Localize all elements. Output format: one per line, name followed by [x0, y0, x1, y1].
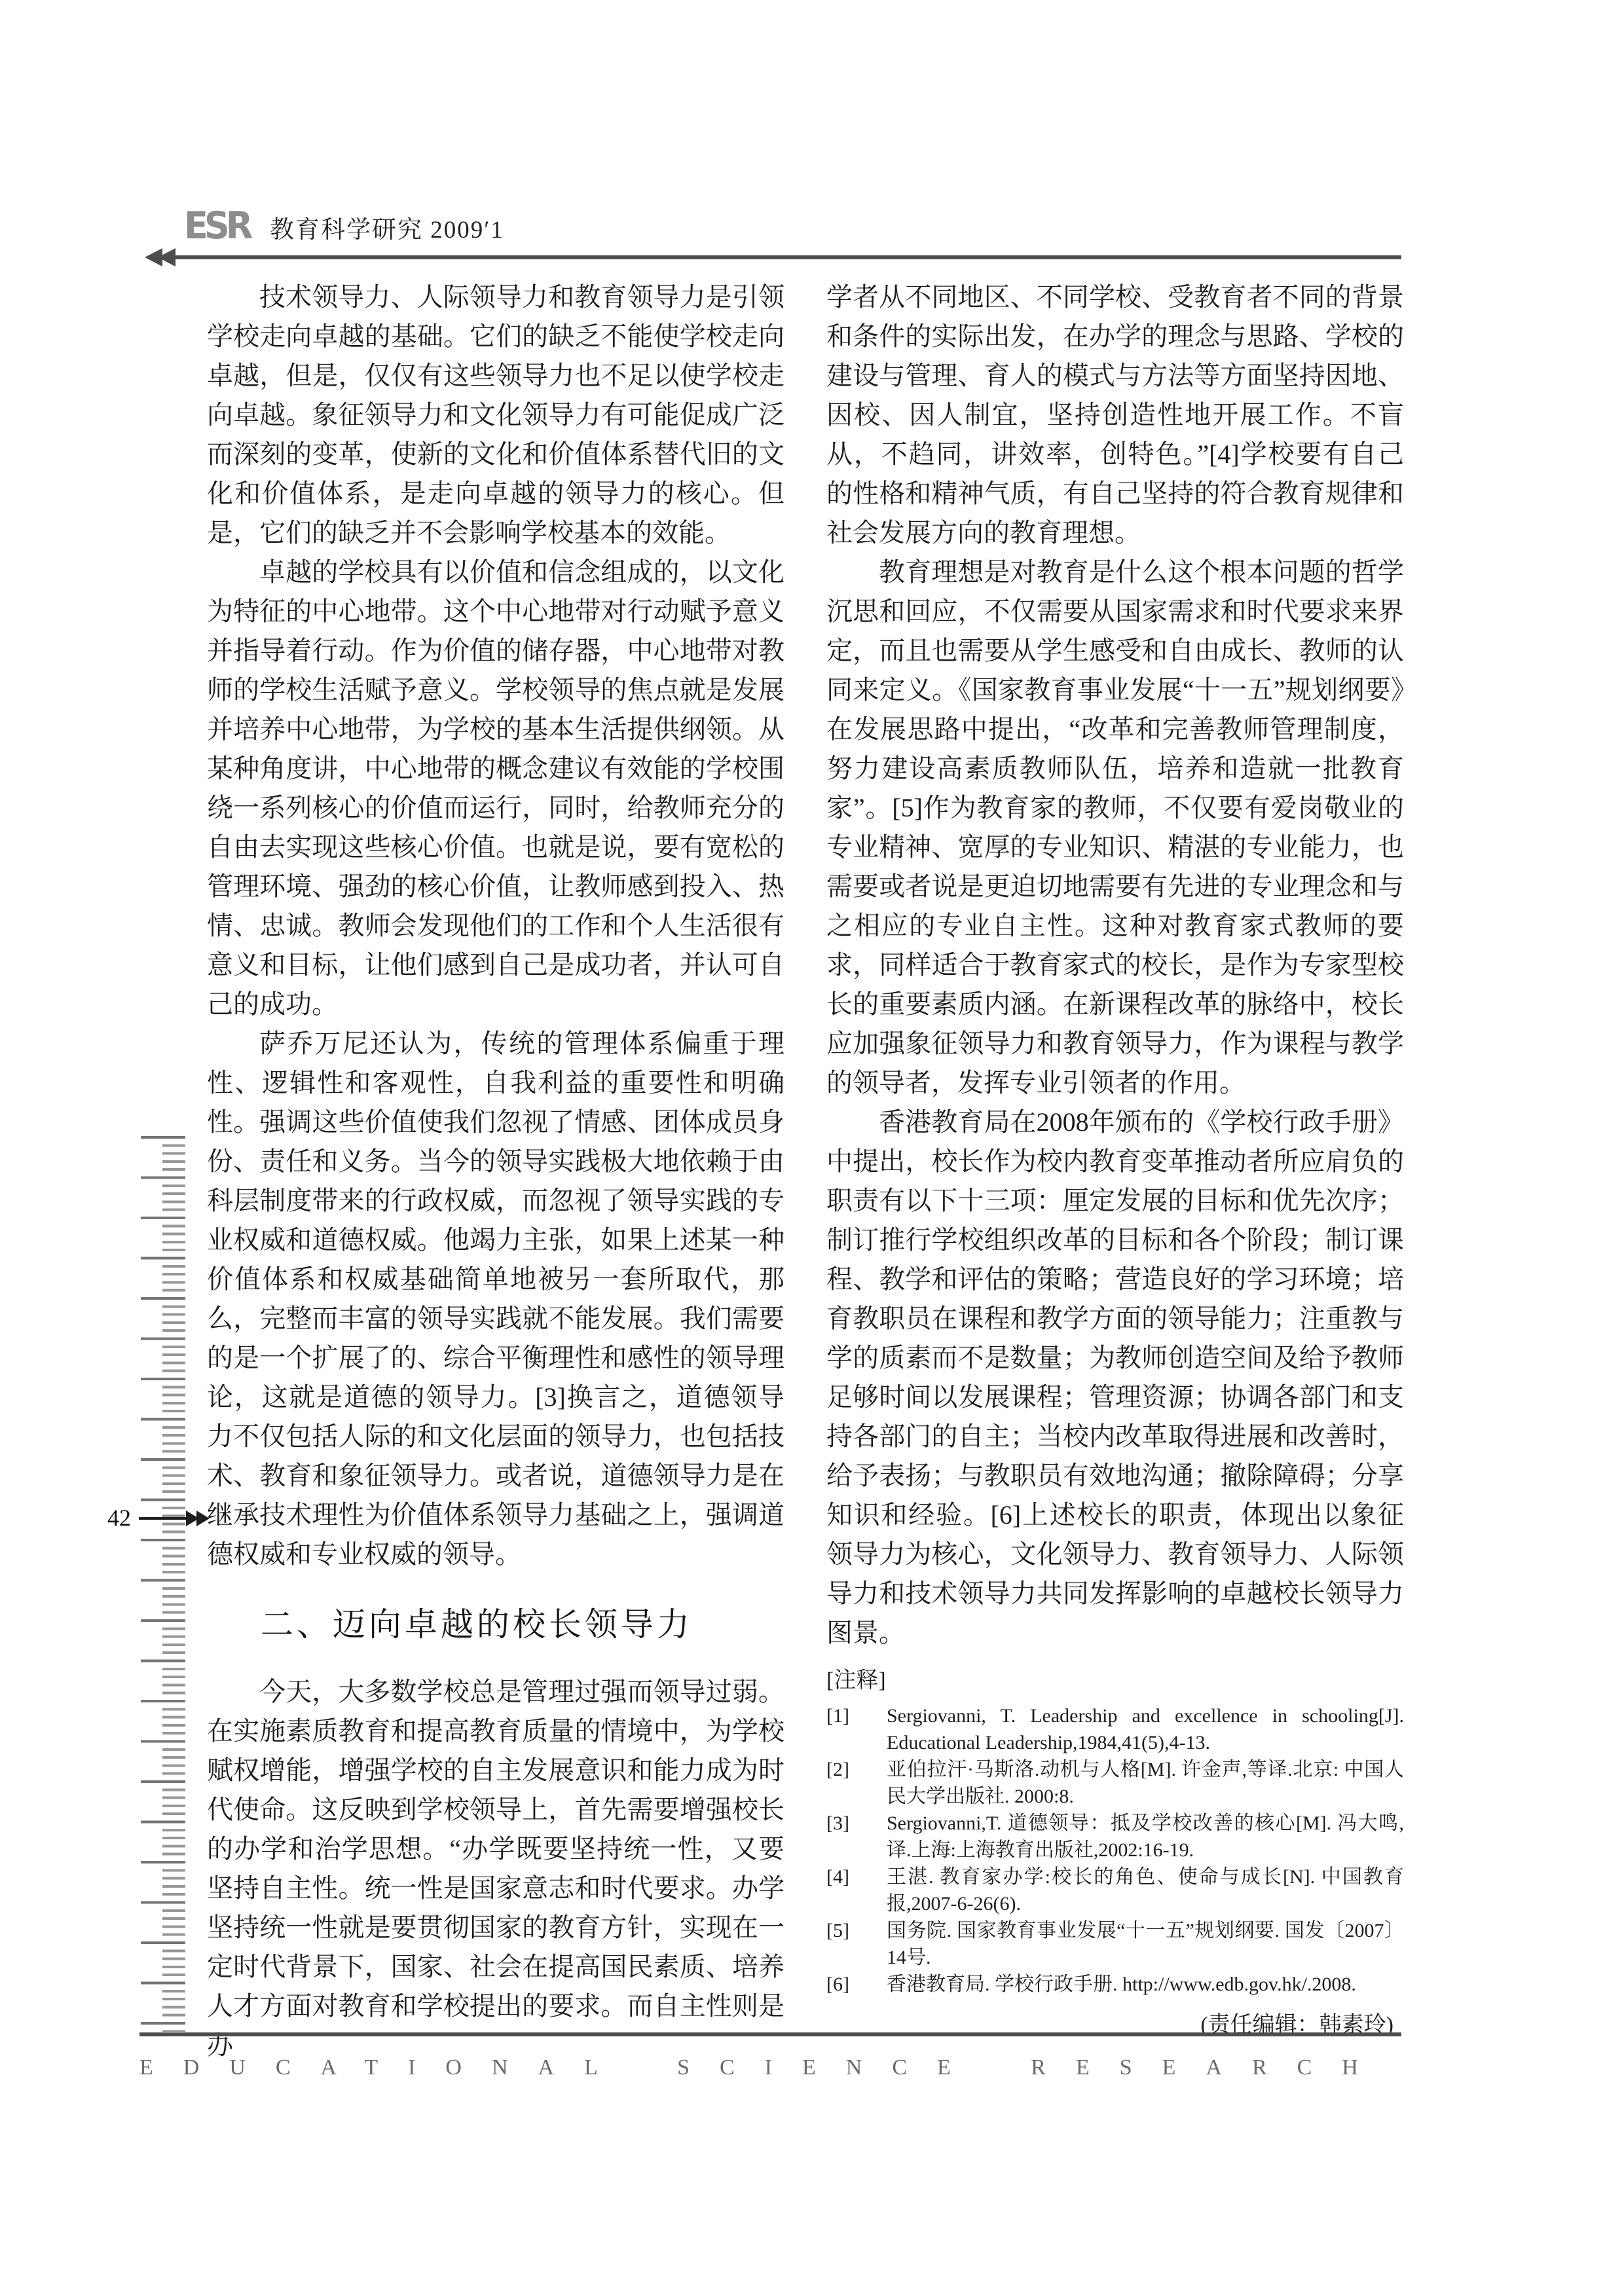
page-pointer-arrow-icon: [139, 1507, 211, 1530]
paragraph: 教育理想是对教育是什么这个根本问题的哲学沉思和回应，不仅需要从国家需求和时代要求…: [826, 553, 1404, 1103]
page-number: 42: [107, 1506, 131, 1530]
footer-rule: [139, 2032, 1401, 2036]
reference-number: [6]: [826, 1971, 849, 1998]
reference-item: [2] 亚伯拉汗·马斯洛.动机与人格[M]. 许金声,等译.北京: 中国人民大学…: [826, 1756, 1404, 1810]
reference-number: [5]: [826, 1917, 849, 1944]
margin-tick-ruler: [141, 1136, 185, 2032]
right-column: 学者从不同地区、不同学校、受教育者不同的背景和条件的实际出发，在办学的理念与思路…: [826, 278, 1404, 2041]
notes-label: [注释]: [826, 1666, 1404, 1696]
reference-text: 王湛. 教育家办学:校长的角色、使命与成长[N]. 中国教育报,2007-6-2…: [887, 1866, 1404, 1915]
reference-text: 香港教育局. 学校行政手册. http://www.edb.gov.hk/.20…: [887, 1974, 1356, 1995]
reference-number: [3]: [826, 1810, 849, 1837]
header-rule: [172, 255, 1401, 259]
reference-number: [1]: [826, 1702, 849, 1729]
reference-item: [3] Sergiovanni,T. 道德领导：抵及学校改善的核心[M]. 冯大…: [826, 1810, 1404, 1864]
reference-text: 亚伯拉汗·马斯洛.动机与人格[M]. 许金声,等译.北京: 中国人民大学出版社.…: [887, 1759, 1404, 1807]
reference-number: [4]: [826, 1864, 849, 1890]
reference-list: [1] Sergiovanni, T. Leadership and excel…: [826, 1702, 1404, 1998]
reference-text: Sergiovanni, T. Leadership and excellenc…: [887, 1705, 1404, 1753]
paragraph: 香港教育局在2008年颁布的《学校行政手册》中提出，校长作为校内教育变革推动者所…: [826, 1103, 1404, 1653]
left-column: 技术领导力、人际领导力和教育领导力是引领学校走向卓越的基础。它们的缺乏不能使学校…: [207, 278, 784, 2065]
section-heading: 二、迈向卓越的校长领导力: [207, 1603, 784, 1646]
journal-page: ESR 教育科学研究 2009′1 42 技术领导力、人际领导力和教育领导力是引…: [0, 0, 1624, 2295]
esr-logo: ESR: [184, 208, 249, 245]
paragraph: 萨乔万尼还认为，传统的管理体系偏重于理性、逻辑性和客观性，自我利益的重要性和明确…: [207, 1024, 784, 1574]
reference-item: [5] 国务院. 国家教育事业发展“十一五”规划纲要. 国发〔2007〕14号.: [826, 1917, 1404, 1971]
reference-text: 国务院. 国家教育事业发展“十一五”规划纲要. 国发〔2007〕14号.: [887, 1920, 1404, 1968]
double-left-arrow-icon: [145, 248, 175, 266]
journal-title: 教育科学研究 2009′1: [270, 216, 504, 245]
paragraph: 今天，大多数学校总是管理过强而领导过弱。在实施素质教育和提高教育质量的情境中，为…: [207, 1672, 784, 2065]
reference-item: [1] Sergiovanni, T. Leadership and excel…: [826, 1702, 1404, 1756]
footer-caption: EDUCATIONAL SCIENCE RESEARCH: [139, 2053, 1388, 2082]
reference-item: [6] 香港教育局. 学校行政手册. http://www.edb.gov.hk…: [826, 1971, 1404, 1998]
paragraph: 卓越的学校具有以价值和信念组成的，以文化为特征的中心地带。这个中心地带对行动赋予…: [207, 553, 784, 1024]
reference-number: [2]: [826, 1756, 849, 1783]
paragraph: 学者从不同地区、不同学校、受教育者不同的背景和条件的实际出发，在办学的理念与思路…: [826, 278, 1404, 553]
paragraph: 技术领导力、人际领导力和教育领导力是引领学校走向卓越的基础。它们的缺乏不能使学校…: [207, 278, 784, 553]
reference-item: [4] 王湛. 教育家办学:校长的角色、使命与成长[N]. 中国教育报,2007…: [826, 1864, 1404, 1917]
reference-text: Sergiovanni,T. 道德领导：抵及学校改善的核心[M]. 冯大鸣,译.…: [887, 1812, 1404, 1861]
page-number-block: 42: [107, 1506, 219, 1532]
